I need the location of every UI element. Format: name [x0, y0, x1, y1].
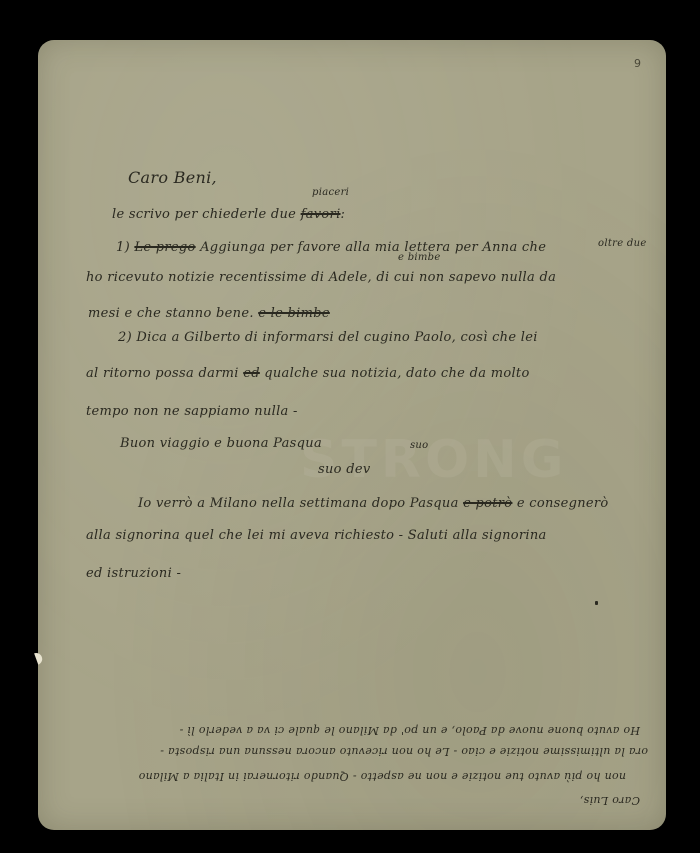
line-text: qualche sua notizia, dato che da molto	[264, 366, 529, 381]
letter-line: 1) Le prego Aggiunga per favore alla mia…	[116, 240, 546, 255]
list-number: 1)	[116, 240, 130, 255]
line-text: di cui non sapevo nulla da	[376, 270, 556, 285]
letter-line: al ritorno possa darmi ed qualche sua no…	[86, 366, 530, 381]
struck-word: e potrò	[463, 496, 512, 511]
upside-down-salutation: Caro Luis,	[560, 794, 640, 807]
punctuation: :	[341, 207, 346, 222]
struck-word: ed	[243, 366, 260, 381]
page-number: 9	[634, 57, 641, 70]
letter-line: 2) Dica a Gilberto di informarsi del cug…	[118, 330, 538, 345]
insertion: oltre due	[598, 238, 647, 249]
letter-line: le scrivo per chiederle due favori:	[112, 207, 345, 222]
line-text: ho ricevuto notizie recentissime di Adel…	[86, 270, 372, 285]
upside-down-line: Ho avuto buone nuove da Paolo, e un po' …	[300, 724, 640, 737]
insertion: e bimbe	[398, 252, 441, 263]
letter-line: tempo non ne sappiamo nulla -	[86, 404, 298, 419]
upside-down-line: non ho più avuto tue notizie e non ne as…	[56, 770, 626, 783]
line-text: le scrivo per chiederle due	[112, 207, 296, 222]
line-text: Aggiunga per favore alla mia lettera per…	[200, 240, 546, 255]
ink-mark	[595, 601, 598, 605]
line-text: Dica a Gilberto di informarsi del cugino…	[136, 330, 537, 345]
letter-line: alla signorina quel che lei mi aveva ric…	[86, 528, 547, 543]
struck-word: favori	[301, 207, 341, 222]
signature: suo dev	[318, 462, 370, 477]
letter-line: ho ricevuto notizie recentissime di Adel…	[86, 270, 556, 285]
salutation: Caro Beni,	[128, 168, 217, 187]
line-text: e consegnerò	[517, 496, 609, 511]
letter-line: Buon viaggio e buona Pasqua	[120, 436, 322, 451]
line-text: Io verrò a Milano nella settimana dopo P…	[138, 496, 459, 511]
insertion: suo	[410, 440, 429, 451]
struck-word: Le prego	[134, 240, 195, 255]
line-text: al ritorno possa darmi	[86, 366, 239, 381]
letter-line: ed istruzioni -	[86, 566, 181, 581]
upside-down-line: ora la ultimissime notizie e ciao - Le h…	[92, 745, 648, 758]
list-number: 2)	[118, 330, 132, 345]
letter-line: Io verrò a Milano nella settimana dopo P…	[138, 496, 609, 511]
insertion: piaceri	[312, 187, 349, 198]
struck-word: e le bimbe	[258, 306, 330, 321]
line-text: mesi e che stanno bene.	[88, 306, 254, 321]
letter-line: mesi e che stanno bene. e le bimbe	[88, 306, 330, 321]
letter-page	[38, 40, 666, 830]
